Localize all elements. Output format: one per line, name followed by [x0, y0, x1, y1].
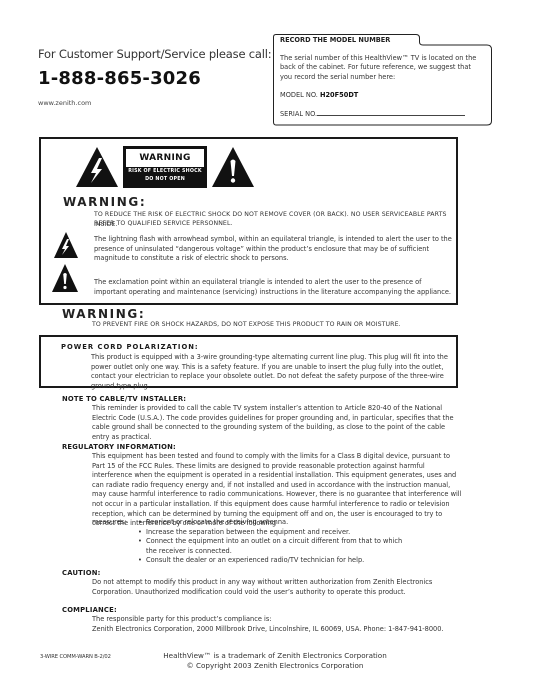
exclamation-triangle-icon: [211, 146, 255, 188]
measure-item: • Connect the equipment into an outlet o…: [92, 537, 422, 556]
electric-shock-warning-box: WARNING RISK OF ELECTRIC SHOCK DO NOT OP…: [39, 137, 458, 305]
exclamation-symbol-explanation: The exclamation point within an equilate…: [94, 278, 456, 297]
document-code: 3-WIRE COMM-WARN B-2/02: [40, 654, 111, 660]
record-title: RECORD THE MODEL NUMBER: [280, 36, 485, 45]
warning-label-line1: RISK OF ELECTRIC SHOCK: [124, 169, 206, 176]
warning-label-plate: WARNING RISK OF ELECTRIC SHOCK DO NOT OP…: [123, 146, 207, 188]
bullet-icon: •: [138, 556, 146, 566]
caution-heading: CAUTION:: [62, 569, 101, 577]
model-value: H20F50DT: [320, 91, 358, 99]
measure-text: Reorient or relocate the receiving anten…: [146, 518, 288, 528]
measure-item: measures: • Reorient or relocate the rec…: [92, 518, 422, 528]
bullet-icon: •: [138, 518, 146, 528]
lightning-triangle-icon: [75, 146, 119, 188]
measure-text: Increase the separation between the equi…: [146, 528, 350, 538]
power-cord-text: This product is equipped with a 3-wire g…: [91, 353, 453, 391]
bullet-icon: •: [138, 528, 146, 538]
regulatory-heading: REGULATORY INFORMATION:: [62, 443, 176, 451]
measure-item: • Increase the separation between the eq…: [92, 528, 422, 538]
record-description: The serial number of this HealthView™ TV…: [280, 54, 485, 82]
footer-trademark-block: HealthView™ is a trademark of Zenith Ele…: [160, 651, 390, 671]
measure-text: Connect the equipment into an outlet on …: [146, 537, 406, 556]
compliance-heading: COMPLIANCE:: [62, 606, 117, 614]
model-label: MODEL NO.: [280, 91, 318, 99]
lightning-symbol-explanation: The lightning flash with arrowhead symbo…: [94, 235, 456, 264]
regulatory-measures-list: measures: • Reorient or relocate the rec…: [92, 518, 422, 566]
record-model-number-box: RECORD THE MODEL NUMBER The serial numbe…: [272, 33, 492, 123]
serial-label: SERIAL NO.: [280, 110, 317, 118]
compliance-line-1: The responsible party for this product’s…: [92, 615, 482, 625]
warning-label-line2: DO NOT OPEN: [124, 177, 206, 184]
serial-number-row: SERIAL NO.: [280, 109, 485, 119]
power-cord-heading: POWER CORD POLARIZATION:: [61, 343, 199, 351]
warning-2-text: TO PREVENT FIRE OR SHOCK HAZARDS, DO NOT…: [92, 320, 472, 330]
compliance-line-2: Zenith Electronics Corporation, 2000 Mil…: [92, 625, 482, 635]
serial-number-field[interactable]: [317, 109, 465, 116]
caution-text: Do not attempt to modify this product in…: [92, 578, 464, 597]
bullet-icon: •: [138, 537, 146, 556]
warning-heading-1: WARNING:: [63, 195, 146, 209]
support-call-text: For Customer Support/Service please call…: [38, 47, 271, 61]
measure-item: • Consult the dealer or an experienced r…: [92, 556, 422, 566]
warning-label-title: WARNING: [126, 149, 204, 167]
exclamation-symbol-icon: [51, 263, 79, 293]
power-cord-polarization-box: POWER CORD POLARIZATION: This product is…: [39, 335, 458, 388]
support-phone-number: 1-888-865-3026: [38, 68, 271, 89]
customer-support-block: For Customer Support/Service please call…: [38, 47, 271, 107]
cable-installer-heading: NOTE TO CABLE/TV INSTALLER:: [62, 395, 186, 403]
website-link[interactable]: www.zenith.com: [38, 99, 271, 107]
warning-heading-2: WARNING:: [62, 307, 145, 321]
model-number-row: MODEL NO. H20F50DT: [280, 91, 485, 100]
copyright-notice: © Copyright 2003 Zenith Electronics Corp…: [160, 661, 390, 671]
cable-installer-text: This reminder is provided to call the ca…: [92, 404, 464, 442]
trademark-notice: HealthView™ is a trademark of Zenith Ele…: [160, 651, 390, 661]
measure-text: Consult the dealer or an experienced rad…: [146, 556, 364, 566]
lightning-symbol-icon: [53, 231, 79, 259]
warning-1-line-2: REFER TO QUALIFIED SERVICE PERSONNEL.: [94, 219, 454, 229]
measures-label: measures:: [92, 518, 138, 528]
